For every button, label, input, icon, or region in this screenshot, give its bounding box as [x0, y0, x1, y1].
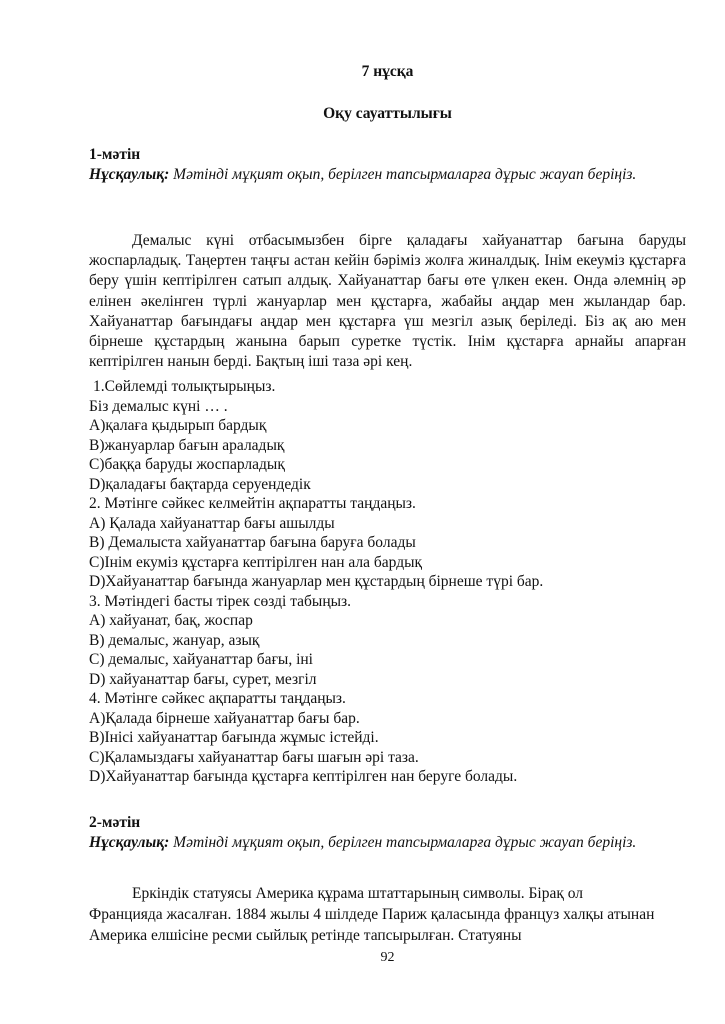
answer-option: B) демалыс, жануар, азық — [89, 631, 686, 651]
instruction-label: Нұсқаулық: — [89, 166, 169, 183]
question-3: 3. Мәтіндегі басты тірек сөзді табыңыз. … — [89, 592, 686, 690]
question-stem: Біз демалыс күні … . — [89, 397, 686, 417]
instruction-text: Мәтінді мұқият оқып, берілген тапсырмала… — [169, 834, 636, 851]
answer-option: D)қаладағы бақтарда серуендедік — [89, 475, 686, 495]
answer-option: C) демалыс, хайуанаттар бағы, іні — [89, 650, 686, 670]
text1-section: 1-мәтін Нұсқаулық: Мәтінді мұқият оқып, … — [89, 145, 686, 185]
question-1: 1.Сөйлемді толықтырыңыз. Біз демалыс күн… — [89, 377, 686, 494]
answer-option: C)Қаламыздағы хайуанаттар бағы шағын әрі… — [89, 748, 686, 768]
text2-paragraph: Еркіндік статуясы Америка құрама штаттар… — [89, 883, 659, 946]
answer-option: B)Інісі хайуанаттар бағында жұмыс істейд… — [89, 728, 686, 748]
answer-option: A)қалаға қыдырып бардық — [89, 416, 686, 436]
question-prompt: 4. Мәтінге сәйкес ақпаратты таңдаңыз. — [89, 689, 686, 709]
answer-option: C)баққа баруды жоспарладық — [89, 455, 686, 475]
question-4: 4. Мәтінге сәйкес ақпаратты таңдаңыз. A)… — [89, 689, 686, 787]
text1-instruction: Нұсқаулық: Мәтінді мұқият оқып, берілген… — [89, 165, 686, 185]
instruction-text: Мәтінді мұқият оқып, берілген тапсырмала… — [169, 166, 636, 183]
text1-paragraph: Демалыс күні отбасымызбен бірге қаладағы… — [89, 231, 686, 372]
answer-option: A)Қалада бірнеше хайуанаттар бағы бар. — [89, 709, 686, 729]
question-prompt: 3. Мәтіндегі басты тірек сөзді табыңыз. — [89, 592, 686, 612]
answer-option: B) Демалыста хайуанаттар бағына баруға б… — [89, 533, 686, 553]
answer-option: D)Хайуанаттар бағында жануарлар мен құст… — [89, 572, 686, 592]
question-prompt: 2. Мәтінге сәйкес келмейтін ақпаратты та… — [89, 494, 686, 514]
text2-heading: 2-мәтін — [89, 813, 649, 833]
page-number: 92 — [89, 950, 686, 966]
question-prompt: 1.Сөйлемді толықтырыңыз. — [89, 377, 686, 397]
answer-option: D) хайуанаттар бағы, сурет, мезгіл — [89, 670, 686, 690]
text2-section: 2-мәтін Нұсқаулық: Мәтінді мұқият оқып, … — [89, 813, 649, 853]
answer-option: C)Інім екуміз құстарға кептірілген нан а… — [89, 553, 686, 573]
answer-option: A) Қалада хайуанаттар бағы ашылды — [89, 514, 686, 534]
answer-option: D)Хайуанаттар бағында құстарға кептірілг… — [89, 767, 686, 787]
text1-questions: 1.Сөйлемді толықтырыңыз. Біз демалыс күн… — [89, 377, 686, 787]
instruction-label: Нұсқаулық: — [89, 834, 169, 851]
text2-instruction: Нұсқаулық: Мәтінді мұқият оқып, берілген… — [89, 833, 649, 853]
text1-heading: 1-мәтін — [89, 145, 686, 165]
question-2: 2. Мәтінге сәйкес келмейтін ақпаратты та… — [89, 494, 686, 592]
answer-option: A) хайуанат, бақ, жоспар — [89, 611, 686, 631]
variant-title: 7 нұсқа — [89, 63, 686, 81]
answer-option: B)жануарлар бағын араладық — [89, 436, 686, 456]
subject-title: Оқу сауаттылығы — [89, 105, 686, 123]
